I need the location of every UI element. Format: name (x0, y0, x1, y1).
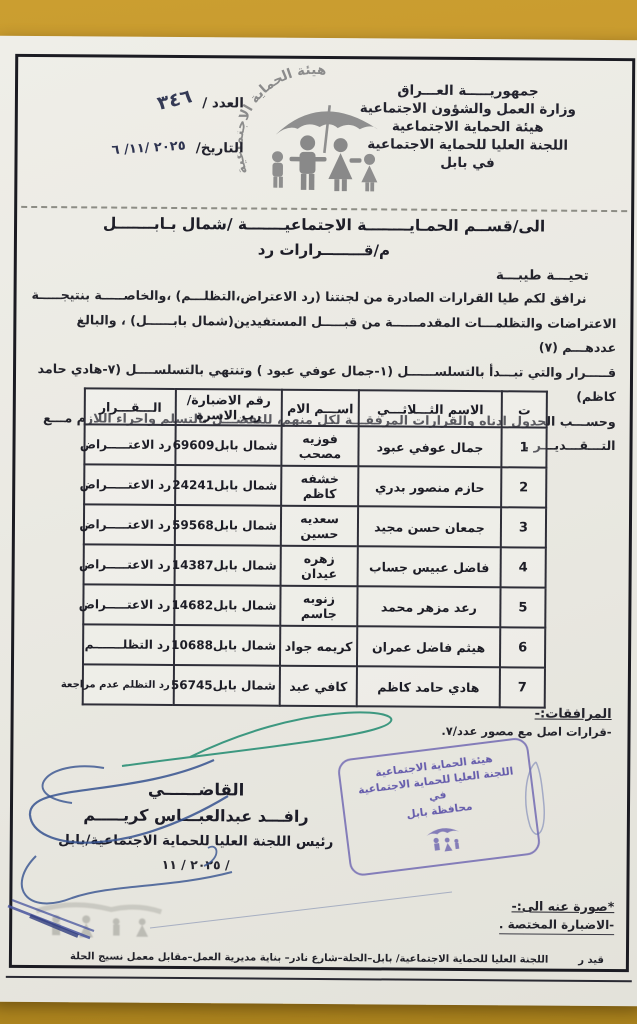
social-protection-logo: هيئة الحماية الاجتماعية (237, 64, 404, 205)
cell-no: 4 (501, 547, 546, 587)
copy-to-item: -الاضبارة المختصة . (499, 917, 614, 935)
reference-block: العدد / ٣٤٦ التاريخ/ ٢٠٢٥ /١١/ ٦ (44, 91, 244, 156)
table-row: 3 جمعان حسن مجيد سعديه حسين شمال بابل595… (84, 504, 546, 547)
table-row: 5 رعد مزهر محمد زنوبه جاسم شمال بابل1468… (83, 584, 545, 627)
watermark-family-icon (16, 895, 176, 942)
cell-decision: رد التظلـــــــم (83, 624, 174, 665)
attachments-block: المرافقات:- -قرارات اصل مع مصور عدد/٧. (441, 706, 611, 739)
signature-date: ٢٠٢٥ / ١١ / (41, 856, 351, 873)
cell-mother: فوزيه مصحب (281, 426, 358, 467)
header-mother: اســـم الام (282, 390, 359, 427)
cell-name: فاضل عبيس جساب (358, 546, 501, 587)
doc-date-value: ٢٠٢٥ /١١/ ٦ (111, 138, 186, 158)
bottom-double-rule (6, 976, 632, 982)
cell-name: حازم منصور بدري (358, 466, 501, 507)
signatory-title: القاضــــــي (41, 779, 351, 800)
header-separator (21, 206, 627, 212)
cell-mother: كريمه جواد (280, 626, 357, 667)
cell-decision: رد الاعتـــــراض (84, 504, 175, 545)
cell-no: 3 (501, 507, 546, 547)
header-no: ت (502, 391, 547, 427)
cell-no: 2 (501, 467, 546, 507)
footer-prefix: قيد ر (578, 955, 604, 966)
doc-date-label: التاريخ/ (196, 140, 244, 156)
addressee-line: الى/قســم الحمـايــــــــة الاجتماعيــــ… (17, 214, 631, 236)
decisions-table: ت الاسم الثـــلاثـــي اســـم الام رقم ال… (82, 387, 548, 708)
cell-file: شمال بابل10688 (174, 625, 280, 666)
signatory-role: رئيس اللجنة العليا للحماية الاجتماعية/با… (41, 832, 351, 850)
body-line: الاعتراضات والتظلمـــات المقدمــــــة من… (30, 307, 616, 360)
doc-number-row: العدد / ٣٤٦ (44, 91, 244, 114)
table-header-row: ت الاسم الثـــلاثـــي اســـم الام رقم ال… (85, 388, 547, 427)
official-stamp: هيئة الحماية الاجتماعية اللجنة العليا لل… (336, 736, 541, 877)
header-decision: الـــقـــرار (85, 388, 176, 425)
attachments-title: المرافقات:- (441, 706, 611, 722)
cell-no: 6 (500, 627, 545, 667)
doc-date-row: التاريخ/ ٢٠٢٥ /١١/ ٦ (44, 139, 244, 156)
cell-name: هيثم فاضل عمران (357, 626, 500, 667)
subject-line: م/قــــــــرارات رد (17, 239, 631, 261)
table-row: 7 هادي حامد كاظم كافي عبد شمال بابل56745… (83, 664, 545, 707)
cell-file: شمال بابل69609 (175, 425, 281, 466)
table-row: 6 هيثم فاضل عمران كريمه جواد شمال بابل10… (83, 624, 545, 667)
cell-no: 7 (500, 667, 545, 707)
cell-file: شمال بابل14682 (174, 585, 280, 626)
body-line: نرافق لكم طيا القرارات الصادرة من لجنتنا… (30, 283, 616, 312)
copy-to-title: *صورة عنه الى:- (499, 898, 614, 914)
cell-no: 1 (501, 427, 546, 467)
paper-sheet: جمهوريـــــة العـــراق وزارة العمل والشؤ… (0, 36, 637, 1007)
cell-name: رعد مزهر محمد (357, 586, 500, 627)
cell-decision: رد الاعتـــــراض (83, 584, 174, 625)
footer-text: اللجنة العليا للحماية الاجتماعية/ بابل–ا… (70, 951, 548, 965)
cell-file: شمال بابل56745 (174, 665, 280, 706)
doc-number-label: العدد / (202, 95, 244, 111)
signatory-name: رافـــد عبدالعبـــاس كريـــــم (41, 805, 351, 826)
umbrella-family-icon: هيئة الحماية الاجتماعية (237, 64, 404, 205)
cell-decision: رد الاعتـــــراض (84, 424, 175, 465)
stamp-umbrella-icon (418, 818, 468, 857)
table-row: 1 جمال عوفي عبود فوزيه مصحب شمال بابل696… (84, 424, 546, 467)
cell-mother: سعديه حسين (281, 506, 358, 547)
page-border-frame: جمهوريـــــة العـــراق وزارة العمل والشؤ… (9, 54, 635, 972)
greeting-line: تحيـــة طيبـــة (496, 267, 589, 284)
attachments-item: -قرارات اصل مع مصور عدد/٧. (441, 724, 611, 739)
cell-file: شمال بابل24241 (175, 465, 281, 506)
subject-block: الى/قســم الحمـايــــــــة الاجتماعيــــ… (17, 214, 631, 261)
table-row: 2 حازم منصور بدري خشفه كاظم شمال بابل242… (84, 464, 546, 507)
footer-address: قيد ر اللجنة العليا للحماية الاجتماعية/ … (32, 951, 604, 966)
header-file: رقم الاضبارة/رب الاسرة (176, 389, 282, 426)
cell-decision: رد الاعتـــــراض (84, 544, 175, 585)
cell-mother: خشفه كاظم (281, 466, 358, 507)
cell-no: 5 (500, 587, 545, 627)
copy-to-block: *صورة عنه الى:- -الاضبارة المختصة . (499, 898, 614, 935)
signature-block: القاضــــــي رافـــد عبدالعبـــاس كريـــ… (41, 779, 352, 873)
cell-name: هادي حامد كاظم (357, 666, 500, 707)
table-row: 4 فاضل عبيس جساب زهره عيدان شمال بابل143… (84, 544, 546, 587)
cell-mother: زهره عيدان (281, 546, 358, 587)
faded-stamp-watermark (16, 895, 176, 946)
cell-decision: رد التظلم عدم مراجعة (83, 664, 174, 705)
cell-mother: زنوبه جاسم (280, 586, 357, 627)
header-name: الاسم الثـــلاثـــي (359, 390, 502, 427)
cell-mother: كافي عبد (280, 666, 357, 707)
cell-file: شمال بابل14387 (175, 545, 281, 586)
cell-file: شمال بابل59568 (175, 505, 281, 546)
photographed-document: جمهوريـــــة العـــراق وزارة العمل والشؤ… (0, 0, 637, 1024)
cell-name: جمعان حسن مجيد (358, 506, 501, 547)
cell-decision: رد الاعتـــــراض (84, 464, 175, 505)
doc-number-value: ٣٤٦ (155, 85, 194, 115)
cell-name: جمال عوفي عبود (358, 426, 501, 467)
